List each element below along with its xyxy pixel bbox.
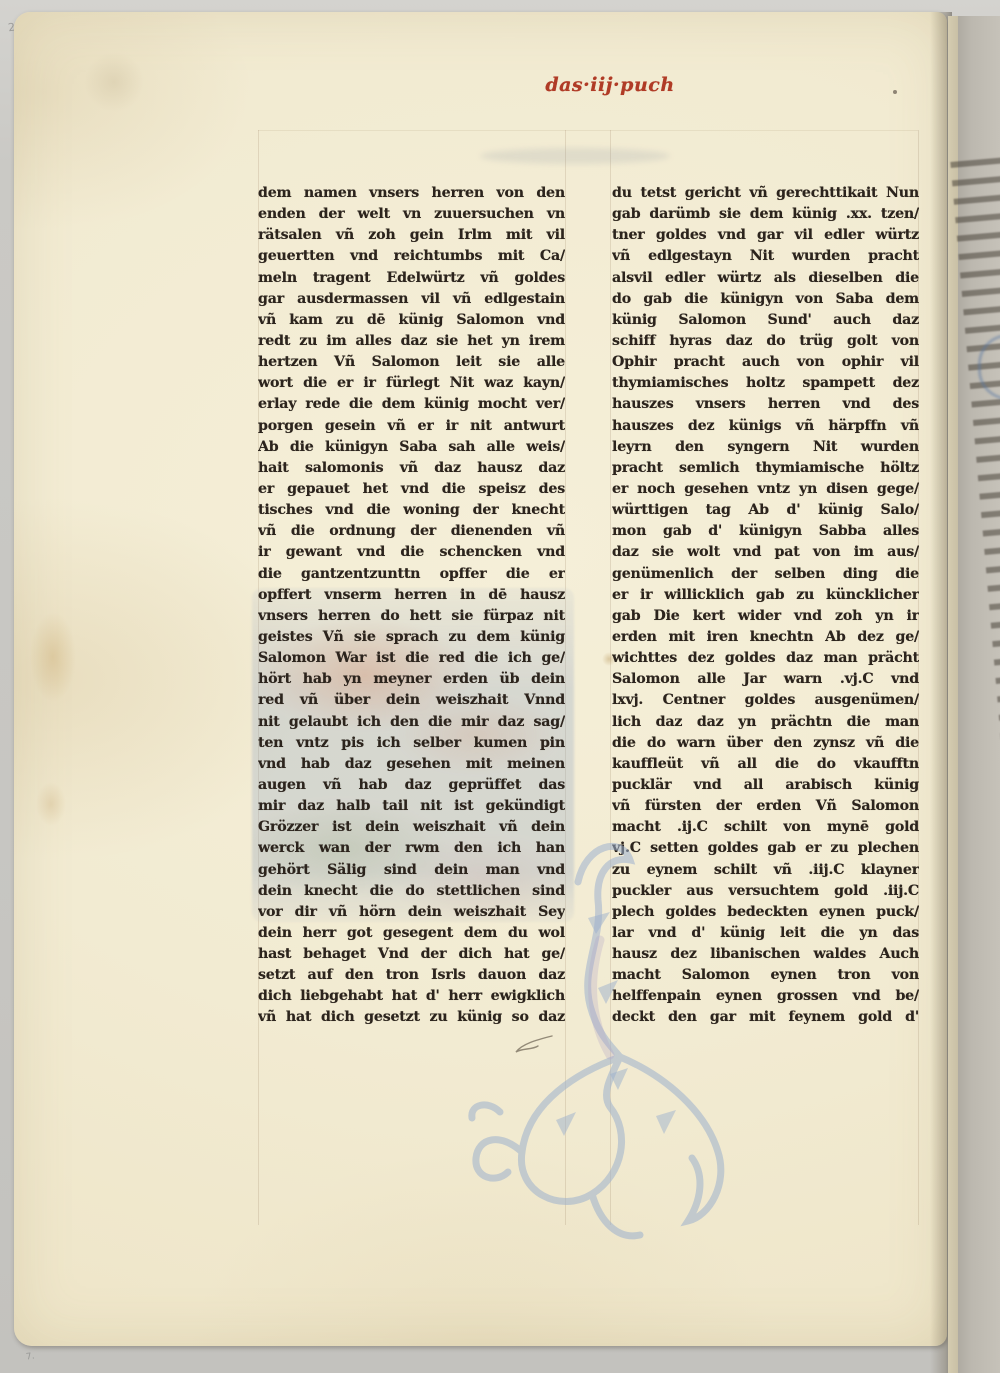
- text-line: dein herr got gesegent dem du wol: [258, 923, 565, 944]
- text-line: hauszes vnsers herren vnd des: [612, 394, 919, 415]
- text-line: vnsers herren do hett sie fürpaz nit: [258, 606, 565, 627]
- text-line: enden der welt vn zuuersuchen vn: [258, 204, 565, 225]
- text-line: genümenlich der selben ding die: [612, 564, 919, 585]
- text-line: tner goldes vnd gar vil edler würtz: [612, 225, 919, 246]
- text-line: lxvj. Centner goldes ausgenümen/: [612, 690, 919, 711]
- text-line: macht .ij.C schilt von mynē gold: [612, 817, 919, 838]
- text-line: württigen tag Ab d' künig Salo/: [612, 500, 919, 521]
- text-line: hast behaget Vnd der dich hat ge/: [258, 944, 565, 965]
- text-line: lich daz daz yn prächtn die man: [612, 712, 919, 733]
- text-line: tisches vnd die woning der knecht: [258, 500, 565, 521]
- text-line: gehört Sälig sind dein man vnd: [258, 860, 565, 881]
- text-line: erlay rede die dem künig mocht ver/: [258, 394, 565, 415]
- text-line: Salomon alle Jar warn .vj.C vnd: [612, 669, 919, 690]
- text-line: vñ fürsten der erden Vñ Salomon: [612, 796, 919, 817]
- ruling-line: [610, 130, 611, 1225]
- ruling-line: [258, 130, 918, 131]
- pencil-squiggle: 7.: [25, 1351, 35, 1362]
- text-line: redt zu im alles daz sie het yn irem: [258, 331, 565, 352]
- text-line: ten vntz pis ich selber kumen pin: [258, 733, 565, 754]
- text-line: werck wan der rwm den ich han: [258, 838, 565, 859]
- text-line: mon gab d' künigyn Sabba alles: [612, 521, 919, 542]
- stain: [84, 52, 144, 112]
- chapter-heading: das·iij·puch: [500, 74, 720, 96]
- text-line: alsvil edler würtz als dieselben die: [612, 268, 919, 289]
- text-line: hauszes dez künigs vñ härpffn vñ: [612, 416, 919, 437]
- text-line: dem namen vnsers herren von den: [258, 183, 565, 204]
- text-line: nit gelaubt ich den die mir daz sag/: [258, 712, 565, 733]
- stain: [30, 612, 76, 702]
- text-line: macht Salomon eynen tron von: [612, 965, 919, 986]
- text-line: puckler aus versuchtem gold .iij.C: [612, 881, 919, 902]
- text-line: er ir willicklich gab zu küncklicher: [612, 585, 919, 606]
- text-line: erden mit iren knechtn Ab dez ge/: [612, 627, 919, 648]
- text-line: dich liebgehabt hat d' herr ewigklich: [258, 986, 565, 1007]
- text-line: vor dir vñ hörn dein weiszhait Sey: [258, 902, 565, 923]
- stain: [36, 782, 66, 826]
- text-line: er gepauet het vnd die speisz des: [258, 479, 565, 500]
- text-line: vñ edlgestayn Nit wurden pracht: [612, 246, 919, 267]
- manuscript-page: das·iij·puch dem namen vnsers herren von…: [14, 12, 947, 1346]
- text-line: vnd hab daz gesehen mit meinen: [258, 754, 565, 775]
- text-line: gab Die kert wider vnd zoh yn ir: [612, 606, 919, 627]
- text-line: künig Salomon Sund' auch daz: [612, 310, 919, 331]
- text-line: die gantzentzunttn opffer die er: [258, 564, 565, 585]
- text-line: do gab die künigyn von Saba dem: [612, 289, 919, 310]
- show-through-smudge: [480, 148, 670, 164]
- text-line: lar vnd d' künig leit die yn das: [612, 923, 919, 944]
- text-line: Ab die künigyn Saba sah alle weis/: [258, 437, 565, 458]
- text-column-right: du tetst gericht vñ gerechttikait Nungab…: [612, 183, 919, 1031]
- text-line: vñ hat dich gesetzt zu künig so daz: [258, 1007, 565, 1028]
- text-line: hait salomonis vñ daz hausz daz: [258, 458, 565, 479]
- text-line: red vñ über dein weiszhait Vnnd: [258, 690, 565, 711]
- text-line: du tetst gericht vñ gerechttikait Nun: [612, 183, 919, 204]
- text-line: dein knecht die do stettlichen sind: [258, 881, 565, 902]
- text-line: geistes Vñ sie sprach zu dem künig: [258, 627, 565, 648]
- text-line: Ophir pracht auch von ophir vil: [612, 352, 919, 373]
- text-column-left: dem namen vnsers herren von denenden der…: [258, 183, 565, 1031]
- text-line: hört hab yn meyner erden üb dein: [258, 669, 565, 690]
- text-line: plech goldes bedeckten eynen puck/: [612, 902, 919, 923]
- photograph-backdrop: { "page": { "header": "das·iij·puch", "p…: [0, 0, 1000, 1373]
- text-line: daz sie wolt vnd pat von im aus/: [612, 542, 919, 563]
- adjacent-page-edge: [948, 16, 1000, 1373]
- text-line: wichttes dez goldes daz man prächt: [612, 648, 919, 669]
- text-line: wort die er ir fürlegt Nit waz kayn/: [258, 373, 565, 394]
- text-line: hertzen Vñ Salomon leit sie alle: [258, 352, 565, 373]
- pen-squiggle: [512, 1032, 558, 1058]
- text-line: helffenpain eynen grossen vnd be/: [612, 986, 919, 1007]
- text-line: ir gewant vnd die schencken vnd: [258, 542, 565, 563]
- text-line: mir daz halb tail nit ist gekündigt: [258, 796, 565, 817]
- text-line: gab darümb sie dem künig .xx. tzen/: [612, 204, 919, 225]
- text-line: thymiamisches holtz spampett dez: [612, 373, 919, 394]
- text-line: rätsalen vñ zoh gein Irlm mit vil: [258, 225, 565, 246]
- text-line: die do warn über den zynsz vñ die: [612, 733, 919, 754]
- ink-fleck: [893, 90, 897, 94]
- text-line: leyrn den syngern Nit wurden: [612, 437, 919, 458]
- text-line: pracht semlich thymiamische höltz: [612, 458, 919, 479]
- text-line: porgen gesein vñ er ir nit antwurt: [258, 416, 565, 437]
- text-line: setzt auf den tron Isrls dauon daz: [258, 965, 565, 986]
- text-line: opffert vnserm herren in dē hausz: [258, 585, 565, 606]
- text-line: vñ kam zu dē künig Salomon vnd: [258, 310, 565, 331]
- text-line: augen vñ hab daz geprüffet das: [258, 775, 565, 796]
- text-line: geuertten vnd reichtumbs mit Ca/: [258, 246, 565, 267]
- text-line: vj.C setten goldes gab er zu plechen: [612, 838, 919, 859]
- text-line: vñ die ordnung der dienenden vñ: [258, 521, 565, 542]
- text-line: meln tragent Edelwürtz vñ goldes: [258, 268, 565, 289]
- text-line: schiff hyras daz do trüg golt von: [612, 331, 919, 352]
- text-line: Grözzer ist dein weiszhait vñ dein: [258, 817, 565, 838]
- text-line: deckt den gar mit feynem gold d': [612, 1007, 919, 1028]
- text-line: zu eynem schilt vñ .iij.C klayner: [612, 860, 919, 881]
- text-line: gar ausdermassen vil vñ edlgestain: [258, 289, 565, 310]
- text-line: pucklär vnd all arabisch künig: [612, 775, 919, 796]
- text-line: Salomon War ist die red die ich ge/: [258, 648, 565, 669]
- text-line: hausz dez libanischen waldes Auch: [612, 944, 919, 965]
- text-line: er noch gesehen vntz yn disen gege/: [612, 479, 919, 500]
- text-line: kauffleüt vñ all die do vkaufftn: [612, 754, 919, 775]
